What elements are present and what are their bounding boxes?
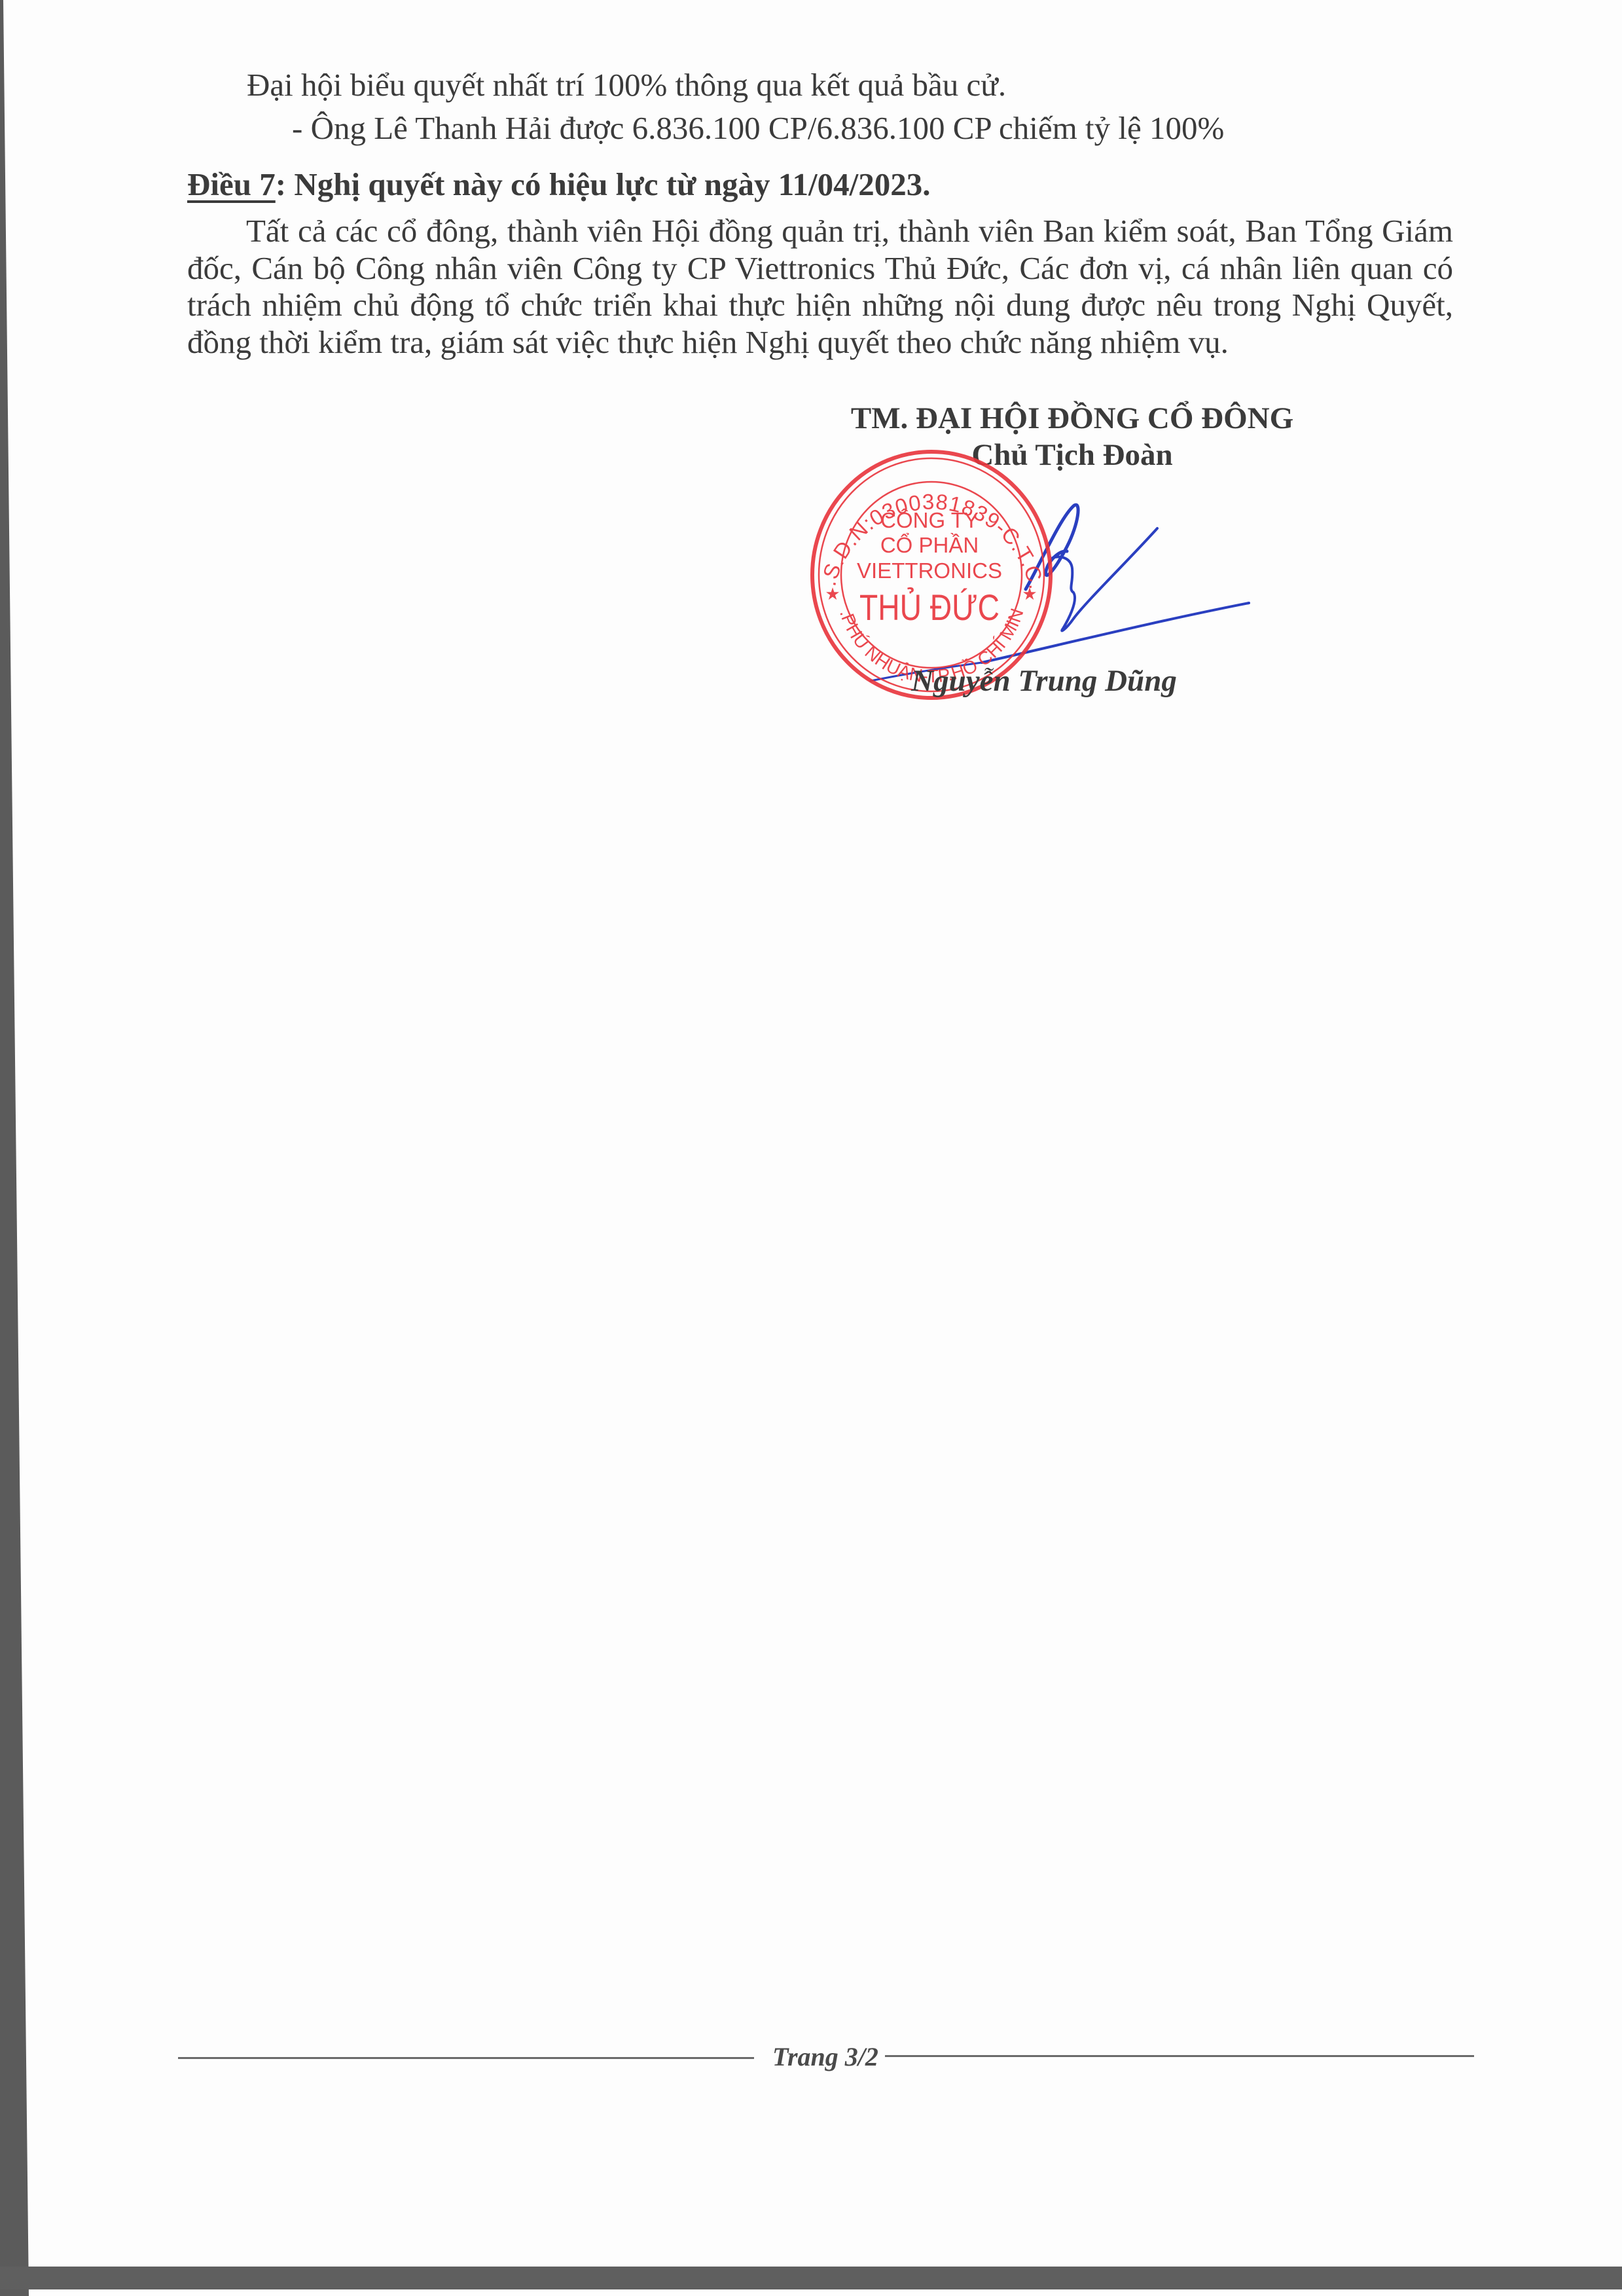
- footer-rule-left: [178, 2057, 754, 2059]
- scan-edge-shadow: [0, 0, 39, 2296]
- article-7-label: Điều 7: [187, 166, 276, 202]
- scan-bottom-shadow: [0, 2267, 1622, 2289]
- star-icon: ★: [1022, 585, 1037, 604]
- signature-role: Chủ Tịch Đoàn: [830, 437, 1314, 473]
- stamp-line-1: CÔNG TY: [880, 508, 979, 532]
- page-number: Trang 3/2: [772, 2041, 878, 2072]
- article-7-text: : Nghị quyết này có hiệu lực từ ngày 11/…: [276, 166, 931, 202]
- stamp-line-4: THỦ ĐỨC: [859, 587, 1000, 628]
- star-icon: ★: [825, 585, 840, 604]
- stamp-line-3: VIETTRONICS: [857, 558, 1002, 583]
- handwritten-signature: [871, 505, 1249, 681]
- closing-paragraph-text: Tất cả các cổ đông, thành viên Hội đồng …: [187, 213, 1453, 360]
- candidate-result: - Ông Lê Thanh Hải được 6.836.100 CP/6.8…: [292, 110, 1224, 147]
- footer-rule-right: [885, 2055, 1474, 2057]
- article-7-heading: Điều 7: Nghị quyết này có hiệu lực từ ng…: [187, 166, 931, 203]
- signature-on-behalf: TM. ĐẠI HỘI ĐỒNG CỔ ĐÔNG: [830, 401, 1314, 436]
- election-intro: Đại hội biểu quyết nhất trí 100% thông q…: [247, 67, 1006, 103]
- stamp-line-2: CỔ PHẦN: [880, 533, 979, 557]
- signer-name: Nguyễn Trung Dũng: [903, 663, 1185, 699]
- closing-paragraph: Tất cả các cổ đông, thành viên Hội đồng …: [187, 213, 1453, 361]
